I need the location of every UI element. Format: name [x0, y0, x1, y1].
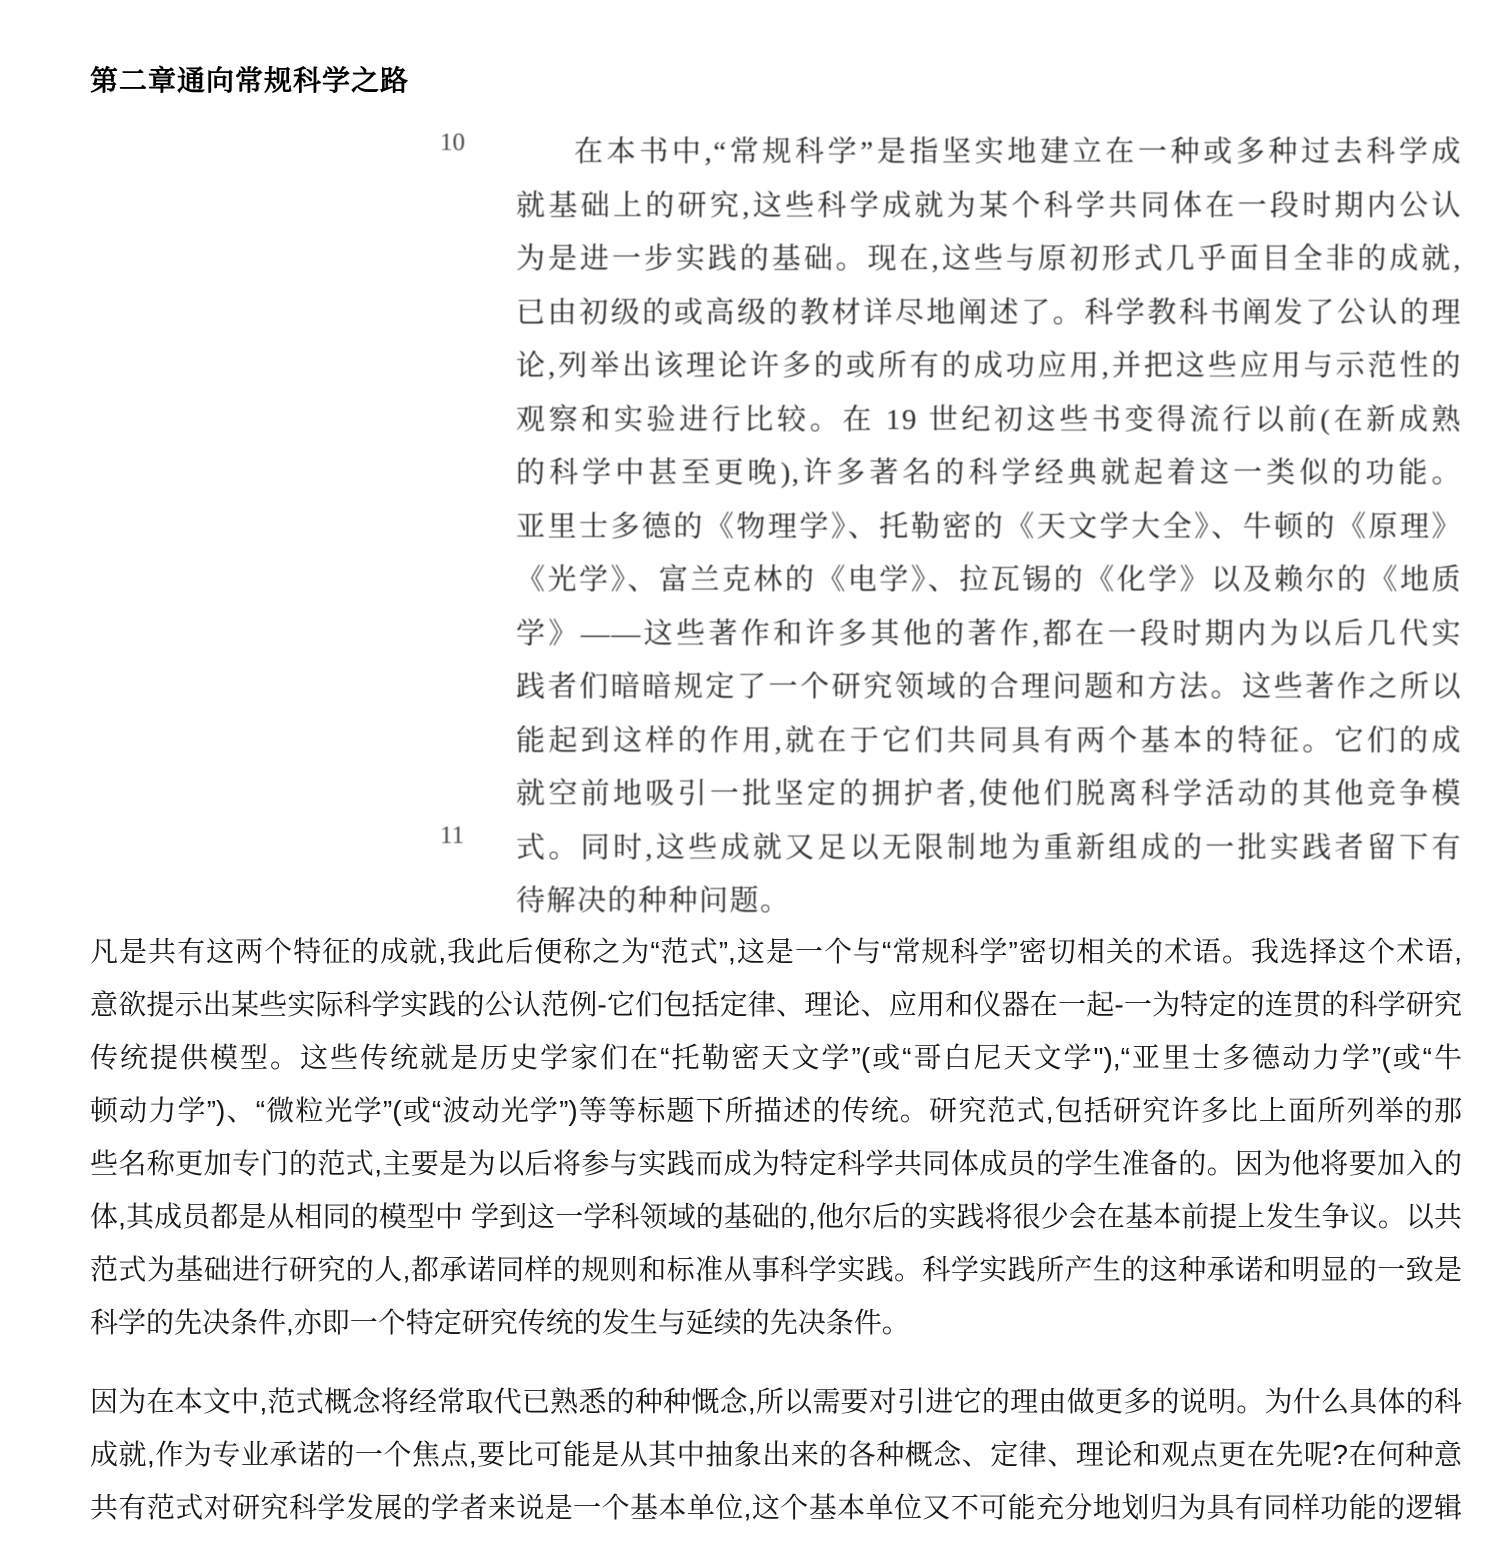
body-line: 传统提供模型。这些传统就是历史学家们在“托勒密天文学”(或“哥白尼天文学"),“… — [90, 1031, 1462, 1084]
body-line: 共有范式对研究科学发展的学者来说是一个基本单位,这个基本单位又不可能充分地划归为… — [90, 1481, 1462, 1534]
scan-line: 在本书中,“常规科学”是指坚实地建立在一种或多种过去科学成 — [516, 126, 1462, 180]
scan-line: 已由初级的或高级的教材详尽地阐述了。科学教科书阐发了公认的理 — [516, 287, 1462, 341]
body-line: 成就,作为专业承诺的一个焦点,要比可能是从其中抽象出来的各种概念、定律、理论和观… — [90, 1428, 1462, 1481]
scan-line: 学》——这些著作和许多其他的著作,都在一段时期内为以后几代实 — [516, 608, 1462, 662]
body-line: 顿动力学”)、“微粒光学”(或“波动光学”)等等标题下所描述的传统。研究范式,包… — [90, 1084, 1462, 1137]
paragraph-paradigm-definition: 凡是共有这两个特征的成就,我此后便称之为“范式”,这是一个与“常规科学”密切相关… — [90, 925, 1462, 1349]
scan-line: 式。同时,这些成就又足以无限制地为重新组成的一批实践者留下有 — [516, 822, 1462, 876]
body-line: 体,其成员都是从相同的模型中 学到这一学科领域的基础的,他尔后的实践将很少会在基… — [90, 1190, 1462, 1243]
body-line: 范式为基础进行研究的人,都承诺同样的规则和标准从事科学实践。科学实践所产生的这种… — [90, 1243, 1462, 1296]
scan-page-marker-10: 10 — [440, 129, 465, 157]
body-text: 凡是共有这两个特征的成就,我此后便称之为“范式”,这是一个与“常规科学”密切相关… — [90, 925, 1462, 1534]
chapter-heading: 第二章通向常规科学之路 — [90, 59, 409, 99]
scan-line: 就基础上的研究,这些科学成就为某个科学共同体在一段时期内公认 — [516, 180, 1462, 234]
paragraph-paradigm-justification: 因为在本文中,范式概念将经常取代已熟悉的种种慨念,所以需要对引进它的理由做更多的… — [90, 1375, 1462, 1534]
scan-line: 待解决的种种问题。 — [516, 875, 1462, 929]
scanned-text: 在本书中,“常规科学”是指坚实地建立在一种或多种过去科学成 就基础上的研究,这些… — [516, 126, 1462, 929]
scan-line: 能起到这样的作用,就在于它们共同具有两个基本的特征。它们的成 — [516, 715, 1462, 769]
scan-page-marker-11: 11 — [440, 822, 464, 850]
scanned-book-excerpt: 10 11 在本书中,“常规科学”是指坚实地建立在一种或多种过去科学成 就基础上… — [440, 126, 1462, 929]
scan-line: 就空前地吸引一批坚定的拥护者,使他们脱离科学活动的其他竞争模 — [516, 768, 1462, 822]
scan-line: 《光学》、富兰克林的《电学》、拉瓦锡的《化学》以及赖尔的《地质 — [516, 554, 1462, 608]
scan-line: 践者们暗暗规定了一个研究领域的合理问题和方法。这些著作之所以 — [516, 661, 1462, 715]
body-line: 科学的先决条件,亦即一个特定研究传统的发生与延续的先决条件。 — [90, 1296, 1462, 1349]
body-line: 些名称更加专门的范式,主要是为以后将参与实践而成为特定科学共同体成员的学生准备的… — [90, 1137, 1462, 1190]
scan-line: 的科学中甚至更晚),许多著名的科学经典就起着这一类似的功能。 — [516, 447, 1462, 501]
body-line: 意欲提示出某些实际科学实践的公认范例-它们包括定律、理论、应用和仪器在一起-一为… — [90, 978, 1462, 1031]
scan-line: 亚里士多德的《物理学》、托勒密的《天文学大全》、牛顿的《原理》和 — [516, 501, 1462, 555]
scan-line: 为是进一步实践的基础。现在,这些与原初形式几乎面目全非的成就, — [516, 233, 1462, 287]
body-line: 凡是共有这两个特征的成就,我此后便称之为“范式”,这是一个与“常规科学”密切相关… — [90, 925, 1462, 978]
scan-line: 论,列举出该理论许多的或所有的成功应用,并把这些应用与示范性的 — [516, 340, 1462, 394]
scan-line: 观察和实验进行比较。在 19 世纪初这些书变得流行以前(在新成熟 — [516, 394, 1462, 448]
body-line: 因为在本文中,范式概念将经常取代已熟悉的种种慨念,所以需要对引进它的理由做更多的… — [90, 1375, 1462, 1428]
